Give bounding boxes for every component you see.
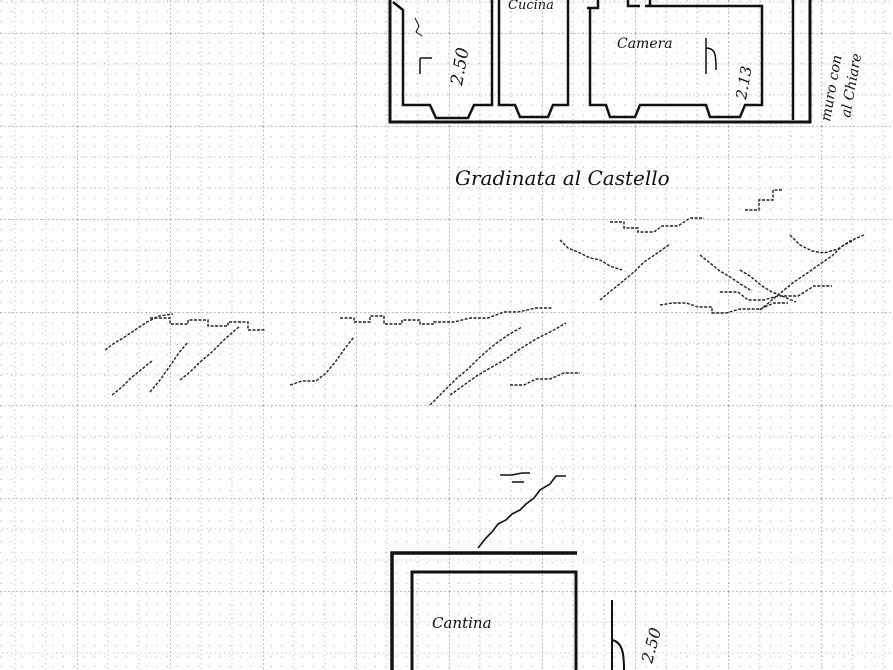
floor-plan-drawing: 2.50 2.13 2.50 muro con al Chiare Cucina… [0, 0, 893, 670]
room-label-cantina: Cantina [432, 614, 492, 632]
room-label-cucina: Cucina [508, 0, 554, 13]
room-label-camera: Camera [617, 36, 673, 52]
plan-svg: 2.50 2.13 2.50 muro con al Chiare [0, 0, 893, 670]
street-label: Gradinata al Castello [455, 166, 670, 190]
graph-paper-grid [0, 0, 893, 670]
